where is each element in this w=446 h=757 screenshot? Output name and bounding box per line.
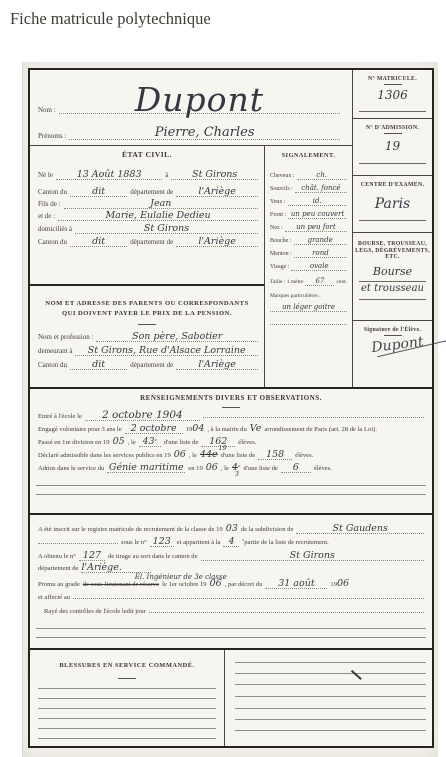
et-de-label: et de : xyxy=(38,212,55,220)
admis-an: 06 xyxy=(206,463,218,472)
canton-line-1: Canton du dit département de l'Ariège xyxy=(38,187,258,197)
bourse-value-1: Bourse xyxy=(353,265,432,278)
ruled-line xyxy=(359,163,426,164)
matricule-cell: N° MATRICULE. 1306 xyxy=(353,70,432,119)
ruled-line xyxy=(235,662,426,663)
ne-le-label: Né le xyxy=(38,171,53,179)
blessures-section: BLESSURES EN SERVICE COMMANDÉ. xyxy=(30,648,432,746)
admissible-rang-correction: 19 xyxy=(218,444,226,452)
admissible-post: élèves. xyxy=(295,452,313,459)
admissible-pre: Déclaré admissible dans les services pub… xyxy=(38,452,171,459)
signalement-row: Visage : ovale xyxy=(270,263,347,271)
divider xyxy=(118,678,136,679)
bourse-label-1: BOURSE, TROUSSEAU, xyxy=(353,233,432,247)
nom-value: Dupont xyxy=(135,80,264,119)
renseignements-title: RENSEIGNEMENTS DIVERS ET OBSERVATIONS. xyxy=(30,394,432,402)
entre-line: Entré à l'école le 2 octobre 1904 xyxy=(38,411,424,421)
ruled-line xyxy=(359,220,426,221)
admis-le: , le xyxy=(221,465,229,472)
canton-label: Canton du xyxy=(38,361,67,369)
admissible-mid: d'une liste de xyxy=(221,452,256,459)
ruled-line xyxy=(38,543,118,544)
inscrit-mid: de la subdivision de xyxy=(241,526,294,533)
passe-rang: 43 xyxy=(143,436,155,447)
parents-title-1: NOM ET ADRESSE DES PARENTS OU CORRESPOND… xyxy=(30,300,264,307)
name-header: Nom : Dupont Prénoms : Pierre, Charles xyxy=(30,70,352,146)
obtenu-mid: de tirage au sort dans le canton de xyxy=(108,553,198,560)
domicile-value: St Girons xyxy=(144,223,189,234)
nez-label: Nez : xyxy=(270,225,283,231)
admission-value: 19 xyxy=(353,139,432,153)
yeux-value: id. xyxy=(313,197,322,205)
promu-grade-interligne: Él. Ingénieur de 3e classe xyxy=(135,573,227,581)
front-value: un peu couvert xyxy=(291,210,345,218)
admis-mid: d'une liste de xyxy=(243,465,278,472)
engage-line: Engagé volontaire pour 3 ans le 2 octobr… xyxy=(38,424,424,434)
dept-line: département de l'Ariège. xyxy=(38,563,424,573)
signalement-row: Cheveux : ch. xyxy=(270,172,347,180)
dept-value: l'Ariège xyxy=(198,236,235,247)
dept-value: l'Ariège. xyxy=(81,562,121,573)
birth-line: Né le 13 Août 1883 à St Girons xyxy=(38,170,258,180)
admissible-rang: 44e xyxy=(200,449,218,460)
marques-value: un léger goitre xyxy=(282,303,335,311)
blessures-title: BLESSURES EN SERVICE COMMANDÉ. xyxy=(30,662,224,669)
signalement-row: Bouche : grande xyxy=(270,237,347,245)
prenoms-line: Prénoms : Pierre, Charles xyxy=(38,122,340,140)
birth-place: St Girons xyxy=(192,169,237,180)
recrutement-section: A été inscrit sur le registre matricule … xyxy=(30,513,432,648)
taille-value: 67 xyxy=(315,277,324,285)
bouche-label: Bouche : xyxy=(270,238,292,244)
obtenu-num: 127 xyxy=(83,550,101,561)
ruled-line xyxy=(359,111,426,112)
promu-grade-raye: de sous-lieutenant de réserve xyxy=(83,581,159,588)
father-name: Jean xyxy=(150,198,171,209)
blessures-right xyxy=(225,650,432,746)
prenoms-label: Prénoms : xyxy=(38,132,66,140)
prenoms-value: Pierre, Charles xyxy=(155,125,255,140)
dept-label: département de xyxy=(130,238,173,246)
canton-value: dit xyxy=(92,186,105,197)
canton-value: dit xyxy=(92,236,105,247)
ruled-line xyxy=(73,598,424,599)
taille-label: Taille : 1 mètre xyxy=(270,279,303,285)
sous-line: sous le n° 123 et appartient à la 4 epar… xyxy=(38,537,424,547)
mere-line: et de : Marie, Eulalie Dedieu xyxy=(38,211,258,221)
signalement-row: Yeux : id. xyxy=(270,198,347,206)
dept-value: l'Ariège xyxy=(198,186,235,197)
sous-pre: sous le n° xyxy=(121,539,147,546)
marques-label-row: Marques particulières : xyxy=(270,293,347,299)
ruled-line xyxy=(38,688,216,689)
ruled-line xyxy=(235,684,426,685)
sourcils-label: Sourcils : xyxy=(270,186,293,192)
ruled-line xyxy=(38,728,216,729)
divider xyxy=(138,324,156,325)
admission-label: N° D'ADMISSION. xyxy=(353,119,432,131)
bourse-value-2: et trousseau xyxy=(353,283,432,294)
admis-total: 6 xyxy=(293,462,299,473)
engage-an: 04 xyxy=(192,423,204,434)
demeurant-value: St Girons, Rue d'Alsace Lorraine xyxy=(88,345,246,356)
raye-line: Rayé des contrôles de l'école ledit jour xyxy=(44,608,424,615)
bourse-label-2: LEGS, DÉGRÈVEMENTS, ETC. xyxy=(353,247,432,260)
fils-line: Fils de : Jean xyxy=(38,199,258,209)
admission-cell: N° D'ADMISSION. 19 xyxy=(353,119,432,176)
passe-line: Passé en 1re division en 19 05 , le 43e … xyxy=(38,437,424,447)
signalement-row: Front : un peu couvert xyxy=(270,211,347,219)
canton-line-2: Canton du dit département de l'Ariège xyxy=(38,237,258,247)
right-column: N° MATRICULE. 1306 N° D'ADMISSION. 19 CE… xyxy=(352,70,432,387)
ruled-line xyxy=(36,628,426,629)
entre-value: 2 octobre 1904 xyxy=(102,409,183,421)
ruled-line xyxy=(270,324,347,325)
admissible-le: , le xyxy=(189,452,197,459)
matricule-form: Nom : Dupont Prénoms : Pierre, Charles N… xyxy=(28,68,434,748)
admis-pre: Admis dans le service du xyxy=(38,465,104,472)
centre-examen-cell: CENTRE D'EXAMEN. Paris xyxy=(353,176,432,233)
visage-value: ovale xyxy=(310,262,329,270)
promu-date: 31 août xyxy=(278,578,314,589)
admis-en: en 19 xyxy=(188,465,202,472)
dept-label: département de xyxy=(38,565,78,572)
divider xyxy=(384,84,402,85)
ruled-line xyxy=(235,719,426,720)
profession-value: Son père, Sabotier xyxy=(132,331,222,342)
sous-partie: 4 xyxy=(228,536,234,547)
marques-value-row: un léger goitre xyxy=(270,304,347,312)
dept-label: département de xyxy=(130,361,173,369)
ruled-line xyxy=(36,485,426,486)
signalement-section: SIGNALEMENT. Cheveux : ch. Sourcils : ch… xyxy=(264,146,352,387)
engage-date: 2 octobre xyxy=(131,423,177,434)
menton-value: rond xyxy=(312,249,329,257)
inscrit-line: A été inscrit sur le registre matricule … xyxy=(38,524,424,534)
inscrit-classe: 03 xyxy=(226,524,238,533)
nez-value: un peu fort xyxy=(296,223,336,231)
centre-examen-label: CENTRE D'EXAMEN. xyxy=(353,176,432,188)
obtenu-line: A obtenu le n° 127 de tirage au sort dan… xyxy=(38,551,424,561)
bourse-cell: BOURSE, TROUSSEAU, LEGS, DÉGRÈVEMENTS, E… xyxy=(353,233,432,321)
demeurant-label: demeurant à xyxy=(38,347,72,355)
ruled-line xyxy=(38,698,216,699)
admis-rang-correction: 3 xyxy=(235,470,239,478)
promu-an2: 06 xyxy=(337,578,349,589)
ruled-line xyxy=(38,738,216,739)
centre-examen-value: Paris xyxy=(353,196,432,212)
dept-value: l'Ariège xyxy=(198,359,235,370)
top-region: Nom : Dupont Prénoms : Pierre, Charles N… xyxy=(30,70,432,387)
canton-label: Canton du xyxy=(38,188,67,196)
obtenu-canton: St Girons xyxy=(290,550,335,561)
engage-pre: Engagé volontaire pour 3 ans le xyxy=(38,426,122,433)
canton-value: dit xyxy=(92,359,105,370)
matricule-value: 1306 xyxy=(353,88,432,102)
obtenu-pre: A obtenu le n° xyxy=(38,553,76,560)
domicilies-label: domiciliés à xyxy=(38,225,72,233)
admis-service: Génie maritime xyxy=(109,462,184,473)
signalement-title: SIGNALEMENT. xyxy=(265,152,352,159)
admissible-an: 06 xyxy=(174,450,186,459)
passe-mid: d'une liste de xyxy=(164,439,199,446)
parents-title-2: QUI DOIVENT PAYER LE PRIX DE LA PENSION. xyxy=(30,310,264,317)
matricule-label: N° MATRICULE. xyxy=(353,70,432,82)
canton-label: Canton du xyxy=(38,238,67,246)
a-label: à xyxy=(165,171,168,179)
cheveux-label: Cheveux : xyxy=(270,173,295,179)
profession-line: Nom et profession : Son père, Sabotier xyxy=(38,332,258,342)
engage-arrondissement: Ve xyxy=(250,424,262,433)
bouche-value: grande xyxy=(308,236,333,244)
ruled-line xyxy=(235,730,426,731)
ruled-line xyxy=(359,299,426,300)
ruled-line xyxy=(36,637,426,638)
ruled-line xyxy=(149,612,424,613)
nom-label: Nom : xyxy=(38,106,56,114)
scanned-form-paper: 305-03-1905 Nom : Dupont Prénoms : Pierr… xyxy=(22,62,438,757)
divider xyxy=(384,133,402,134)
front-label: Front : xyxy=(270,212,286,218)
engage-post: arrondissement de Paris (art. 28 de la L… xyxy=(264,426,377,433)
engage-mid: , à la mairie du xyxy=(207,426,246,433)
taille-unit: cent. xyxy=(336,279,347,285)
ruled-line xyxy=(235,673,426,674)
dept-label: département de xyxy=(130,188,173,196)
raye-label: Rayé des contrôles de l'école ledit jour xyxy=(44,608,146,615)
menton-label: Menton : xyxy=(270,251,292,257)
ruled-line xyxy=(203,417,424,418)
passe-rang-sup: e xyxy=(155,437,157,442)
affecte-label: et affecté au xyxy=(38,594,70,601)
parents-section: NOM ET ADRESSE DES PARENTS OU CORRESPOND… xyxy=(30,284,264,387)
sous-post: partie de la liste de recrutement. xyxy=(244,539,329,546)
promu-line: Promu au grade de sous-lieutenant de rés… xyxy=(38,579,424,589)
passe-le: , le xyxy=(128,439,136,446)
entre-label: Entré à l'école le xyxy=(38,413,82,420)
mother-name: Marie, Eulalie Dedieu xyxy=(105,210,210,221)
ruled-line xyxy=(235,696,426,697)
inscrit-pre: A été inscrit sur le registre matricule … xyxy=(38,526,223,533)
passe-an: 05 xyxy=(113,437,125,446)
ruled-line xyxy=(38,708,216,709)
admissible-total: 158 xyxy=(266,449,284,460)
birth-date: 13 Août 1883 xyxy=(77,169,142,180)
etat-civil-title: ÉTAT CIVIL. xyxy=(30,150,264,159)
signature-label: Signature de l'Élève. xyxy=(353,321,432,333)
sous-num: 123 xyxy=(153,536,171,547)
visage-label: Visage : xyxy=(270,264,289,270)
divider xyxy=(222,407,240,408)
passe-post: élèves. xyxy=(238,439,256,446)
ruled-line xyxy=(359,281,426,282)
nom-line: Nom : Dupont xyxy=(38,84,340,114)
signature-cell: Signature de l'Élève. Dupont xyxy=(353,321,432,387)
page-title: Fiche matricule polytechnique xyxy=(10,9,211,29)
admis-line: Admis dans le service du Génie maritime … xyxy=(38,463,424,473)
taille-row: Taille : 1 mètre 67 cent. xyxy=(270,278,347,286)
blessures-left: BLESSURES EN SERVICE COMMANDÉ. xyxy=(30,650,225,746)
pen-mark xyxy=(351,670,362,680)
domicile-line: domiciliés à St Girons xyxy=(38,224,258,234)
passe-pre: Passé en 1re division en 19 xyxy=(38,439,110,446)
profession-label: Nom et profession : xyxy=(38,333,93,341)
promu-mid: le 1er octobre 19 xyxy=(162,581,207,588)
promu-decret: , par décret du xyxy=(225,581,263,588)
promu-pre: Promu au grade xyxy=(38,581,80,588)
demeurant-line: demeurant à St Girons, Rue d'Alsace Lorr… xyxy=(38,346,258,356)
fils-label: Fils de : xyxy=(38,200,61,208)
admis-rang-sup: e xyxy=(238,463,240,468)
cheveux-value: ch. xyxy=(316,171,327,179)
admissible-line: Déclaré admissible dans les services pub… xyxy=(38,450,424,460)
yeux-label: Yeux : xyxy=(270,199,286,205)
inscrit-subdivision: St Gaudens xyxy=(332,523,387,534)
admis-post: élèves. xyxy=(314,465,332,472)
sourcils-value: chât. foncé xyxy=(301,184,340,192)
ruled-line xyxy=(38,718,216,719)
sous-mid: et appartient à la xyxy=(177,539,221,546)
ruled-line xyxy=(235,708,426,709)
etat-civil-section: ÉTAT CIVIL. Né le 13 Août 1883 à St Giro… xyxy=(30,146,264,284)
ruled-line xyxy=(36,494,426,495)
signalement-row: Nez : un peu fort xyxy=(270,224,347,232)
signalement-row: Sourcils : chât. foncé xyxy=(270,185,347,193)
renseignements-section: RENSEIGNEMENTS DIVERS ET OBSERVATIONS. E… xyxy=(30,387,432,513)
parents-canton-line: Canton du dit département de l'Ariège xyxy=(38,360,258,370)
marques-label: Marques particulières : xyxy=(270,293,321,299)
signalement-row: Menton : rond xyxy=(270,250,347,258)
affecte-line: et affecté au xyxy=(38,594,424,601)
